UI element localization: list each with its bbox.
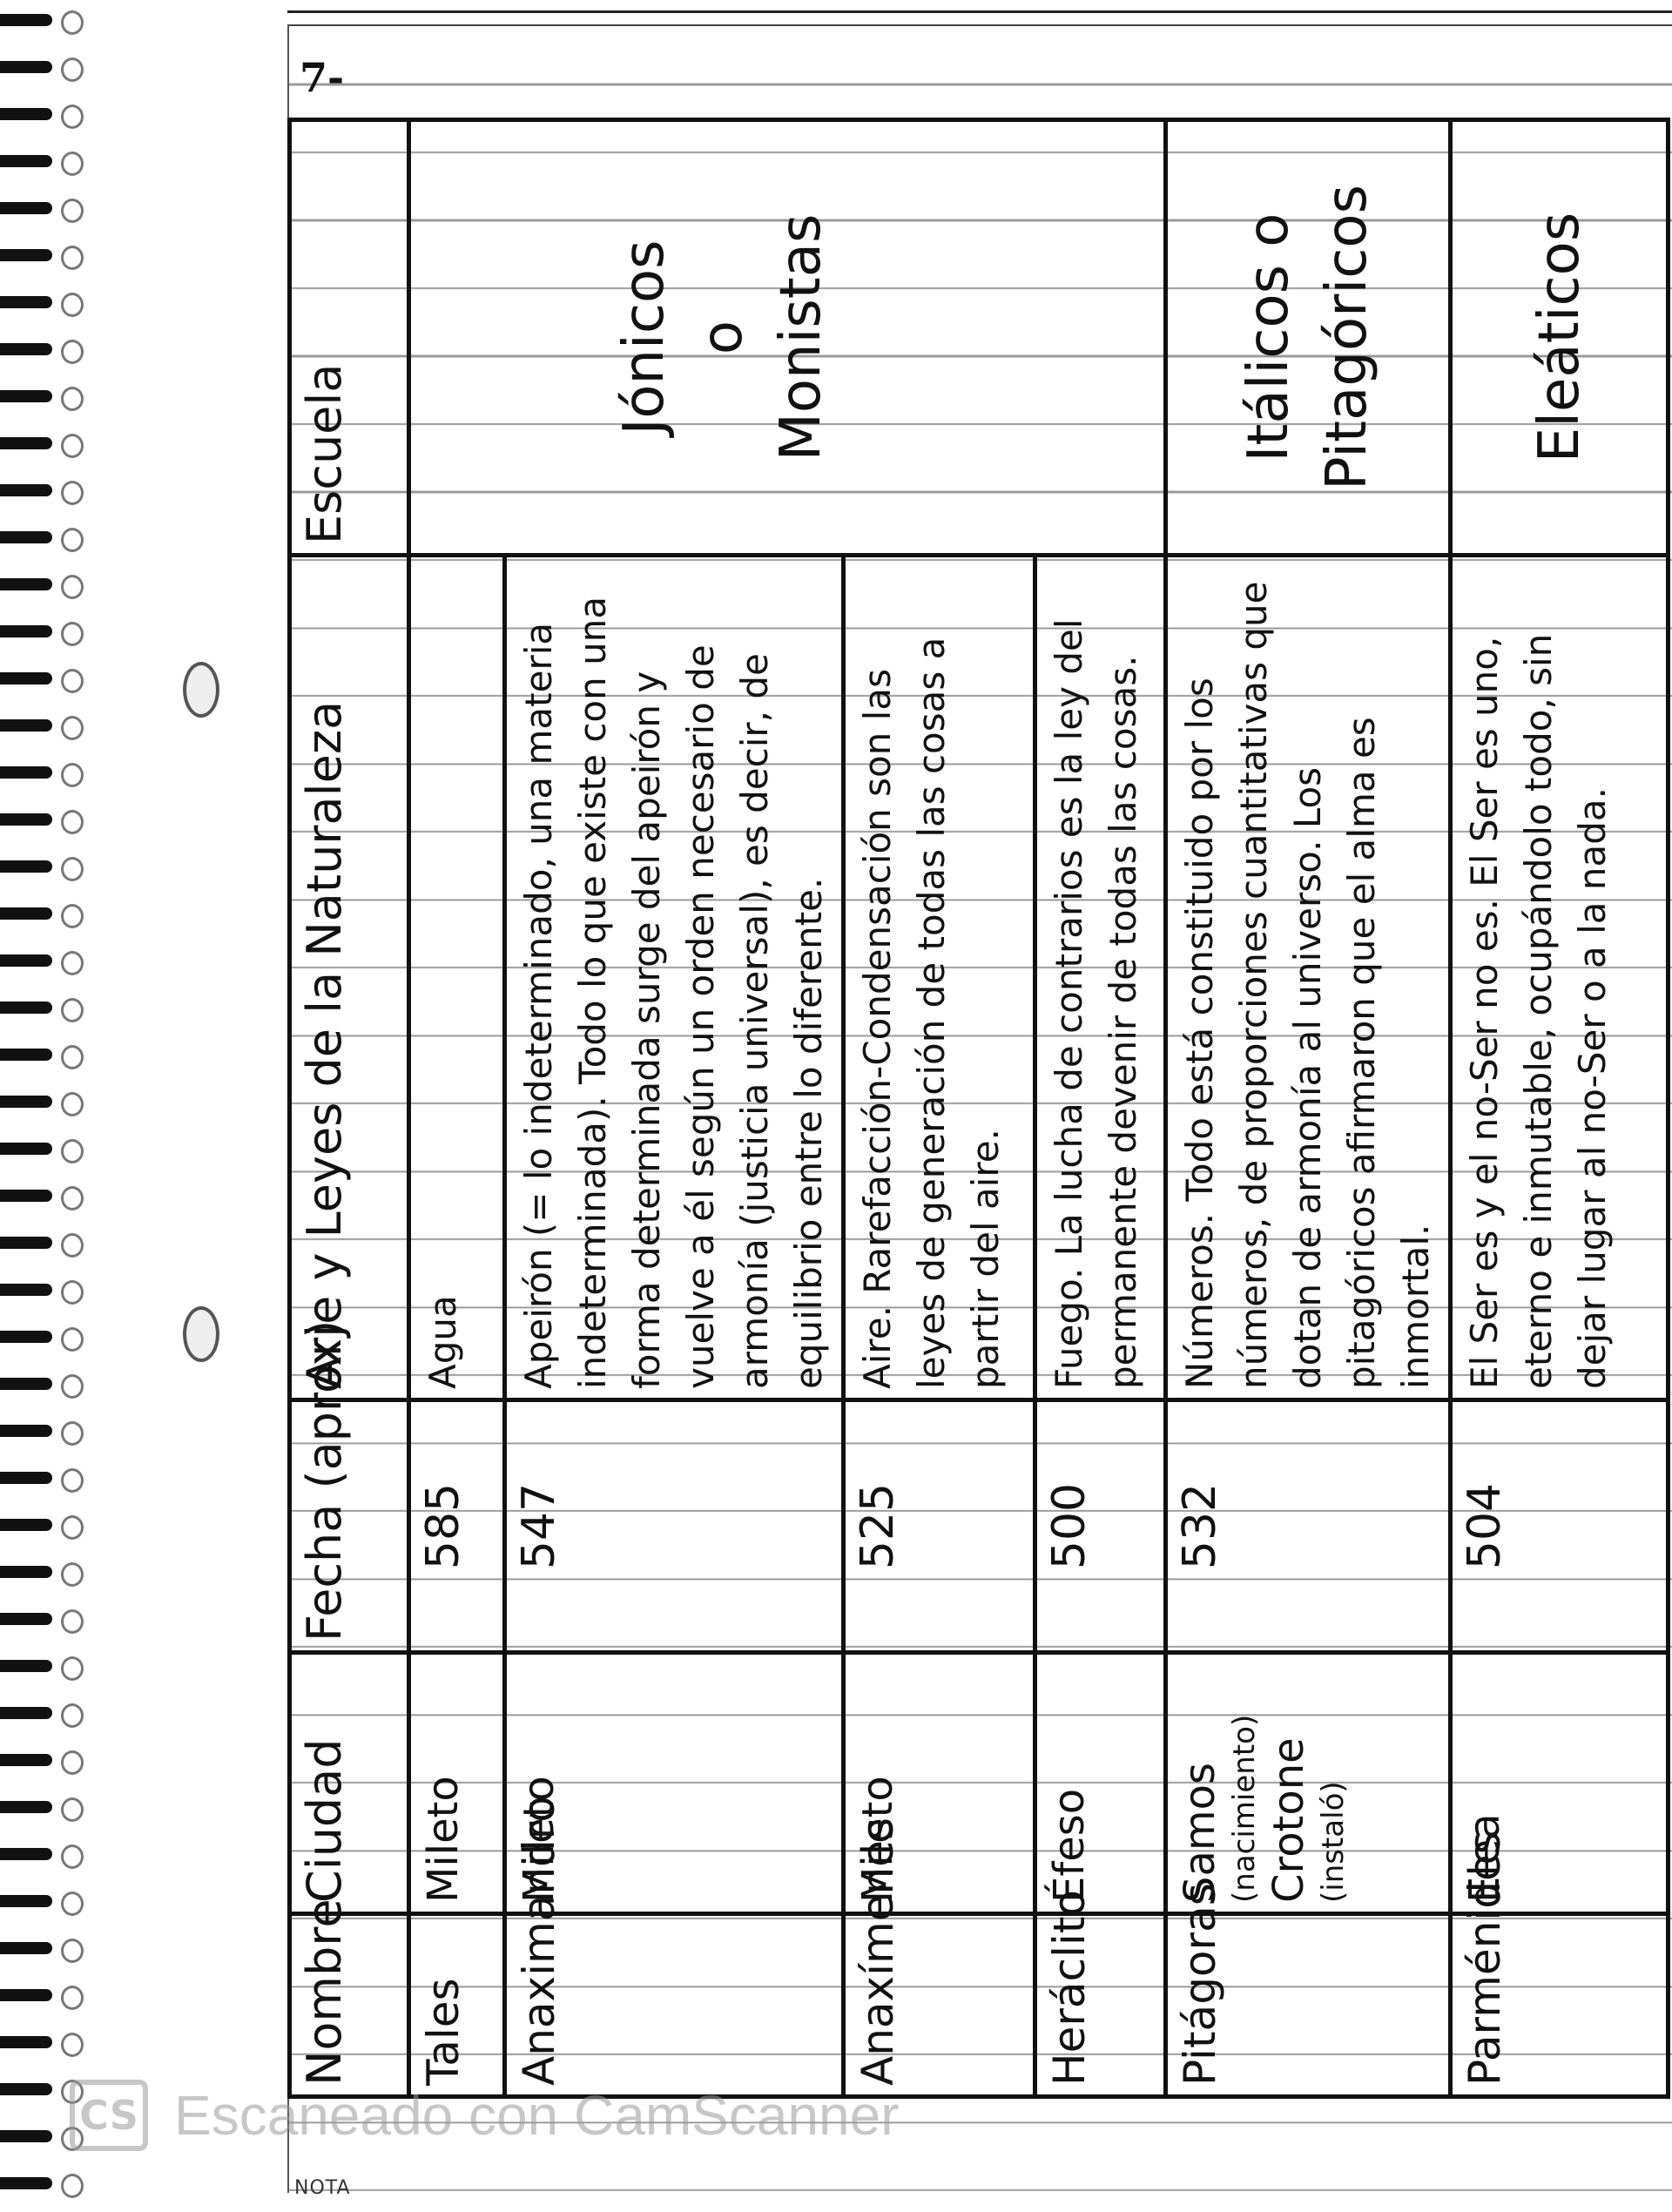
spiral-ring	[0, 949, 87, 972]
cell-name: Heráclito	[1035, 1914, 1166, 2097]
table-row: Pitágoras Samos (nacimiento) Crotone (in…	[1166, 120, 1451, 2097]
spiral-ring	[0, 1231, 87, 1254]
page-header-line	[287, 24, 1672, 26]
cell-arje: Apeirón (= lo indeterminado, una materia…	[505, 556, 844, 1400]
header-school: Escuela	[290, 120, 409, 556]
spiral-ring	[0, 56, 87, 78]
spiral-ring	[0, 1090, 87, 1113]
spiral-ring	[0, 526, 87, 549]
spiral-ring	[0, 1137, 87, 1160]
spiral-ring	[0, 150, 87, 172]
cell-date: 525	[844, 1400, 1035, 1653]
spiral-ring	[0, 432, 87, 455]
spiral-ring	[0, 1278, 87, 1301]
school-label: Itálicos o	[1237, 213, 1301, 462]
city-secondary: Crotone	[1264, 1737, 1313, 1903]
cell-city: Elea	[1451, 1653, 1669, 1914]
footer-label: NOTA	[294, 2177, 351, 2199]
cell-school: Itálicos o Pitagóricos	[1166, 120, 1451, 556]
city-primary: Samos	[1176, 1763, 1224, 1903]
cell-arje: El Ser es y el no-Ser no es. El Ser es u…	[1451, 556, 1669, 1400]
spiral-ring	[0, 385, 87, 408]
cell-city: Éfeso	[1035, 1653, 1166, 1914]
cell-date: 504	[1451, 1400, 1669, 1653]
header-arje: Arje y Leyes de la Naturaleza	[290, 556, 409, 1400]
school-label-alt: Monistas	[769, 214, 833, 462]
school-label: Eleáticos	[1527, 212, 1592, 462]
spiral-ring	[0, 1984, 87, 2006]
spiral-ring	[0, 1184, 87, 1207]
spiral-ring	[0, 1325, 87, 1348]
spiral-ring	[0, 1937, 87, 1959]
school-connector: o	[691, 320, 755, 354]
spiral-ring	[0, 1655, 87, 1677]
spiral-ring	[0, 2172, 87, 2195]
spiral-ring	[0, 291, 87, 314]
spiral-ring	[0, 103, 87, 125]
cell-date: 585	[409, 1400, 505, 1653]
punch-hole	[183, 1306, 219, 1362]
spiral-ring	[0, 244, 87, 266]
spiral-ring	[0, 1796, 87, 1818]
spiral-ring	[0, 1467, 87, 1489]
camscanner-logo-icon: CS	[70, 2080, 148, 2151]
spiral-ring	[0, 714, 87, 737]
spiral-ring	[0, 573, 87, 596]
spiral-ring	[0, 338, 87, 361]
city-note: (instaló)	[1316, 1663, 1351, 1903]
cell-arje: Aire. Rarefacción-Condensación son las l…	[844, 556, 1035, 1400]
punch-hole	[183, 662, 219, 718]
cell-name: Pitágoras	[1166, 1914, 1451, 2097]
cell-date: 547	[505, 1400, 844, 1653]
cell-arje: Agua	[409, 556, 505, 1400]
cell-date: 500	[1035, 1400, 1166, 1653]
spiral-ring	[0, 1890, 87, 1912]
spiral-ring	[0, 1749, 87, 1771]
camscanner-watermark: CS Escaneado con CamScanner	[70, 2080, 900, 2151]
cell-name: Anaximandro	[505, 1914, 844, 2097]
table-row: Parménides Elea 504 El Ser es y el no-Se…	[1451, 120, 1669, 2097]
cell-school: Jónicos o Monistas	[409, 120, 1035, 556]
spiral-ring	[0, 1561, 87, 1583]
cell-name: Tales	[409, 1914, 505, 2097]
spiral-ring	[0, 1702, 87, 1724]
spiral-ring	[0, 808, 87, 831]
cell-name: Anaxímenes	[844, 1914, 1035, 2097]
table-header-row: Nombre Ciudad Fecha (aprox) Arje y Leyes…	[290, 120, 409, 2097]
cell-school: Eleáticos	[1451, 120, 1669, 556]
cell-city: Mileto	[505, 1653, 844, 1914]
school-label: Jónicos	[612, 239, 677, 435]
spiral-ring	[0, 479, 87, 502]
spiral-ring	[0, 902, 87, 925]
watermark-text: Escaneado con CamScanner	[174, 2083, 900, 2148]
spiral-ring	[0, 996, 87, 1019]
spiral-ring	[0, 620, 87, 643]
spiral-ring	[0, 667, 87, 690]
cell-city: Mileto	[409, 1653, 505, 1914]
spiral-ring	[0, 1420, 87, 1442]
table-row: Heráclito Éfeso 500 Fuego. La lucha de c…	[1035, 120, 1166, 2097]
spiral-ring	[0, 1043, 87, 1066]
cell-city: Mileto	[844, 1653, 1035, 1914]
cell-date: 532	[1166, 1400, 1451, 1653]
spiral-ring	[0, 1514, 87, 1536]
cell-city: Samos (nacimiento) Crotone (instaló)	[1166, 1653, 1451, 1914]
page-number: 7-	[300, 54, 344, 101]
cell-name: Parménides	[1451, 1914, 1669, 2097]
cell-school-empty	[1035, 120, 1166, 556]
table-row: Tales Mileto 585 Agua Jónicos o Monistas	[409, 120, 505, 2097]
philosophers-table: Nombre Ciudad Fecha (aprox) Arje y Leyes…	[287, 118, 1670, 2099]
spiral-ring	[0, 1843, 87, 1865]
rotated-table-container: Nombre Ciudad Fecha (aprox) Arje y Leyes…	[287, 122, 1594, 2099]
header-date: Fecha (aprox)	[290, 1400, 409, 1653]
spiral-binding	[0, 0, 131, 2212]
header-name: Nombre	[290, 1914, 409, 2097]
spiral-ring	[0, 855, 87, 878]
cell-arje: Números. Todo está constituido por los n…	[1166, 556, 1451, 1400]
page-top-edge	[287, 10, 1672, 13]
header-city: Ciudad	[290, 1653, 409, 1914]
spiral-ring	[0, 761, 87, 784]
spiral-ring	[0, 1608, 87, 1630]
school-label-alt: Pitagóricos	[1315, 185, 1379, 490]
cell-arje: Fuego. La lucha de contrarios es la ley …	[1035, 556, 1166, 1400]
city-note: (nacimiento)	[1227, 1663, 1262, 1903]
spiral-ring	[0, 2031, 87, 2054]
spiral-ring	[0, 1372, 87, 1395]
spiral-ring	[0, 9, 87, 31]
spiral-ring	[0, 197, 87, 219]
